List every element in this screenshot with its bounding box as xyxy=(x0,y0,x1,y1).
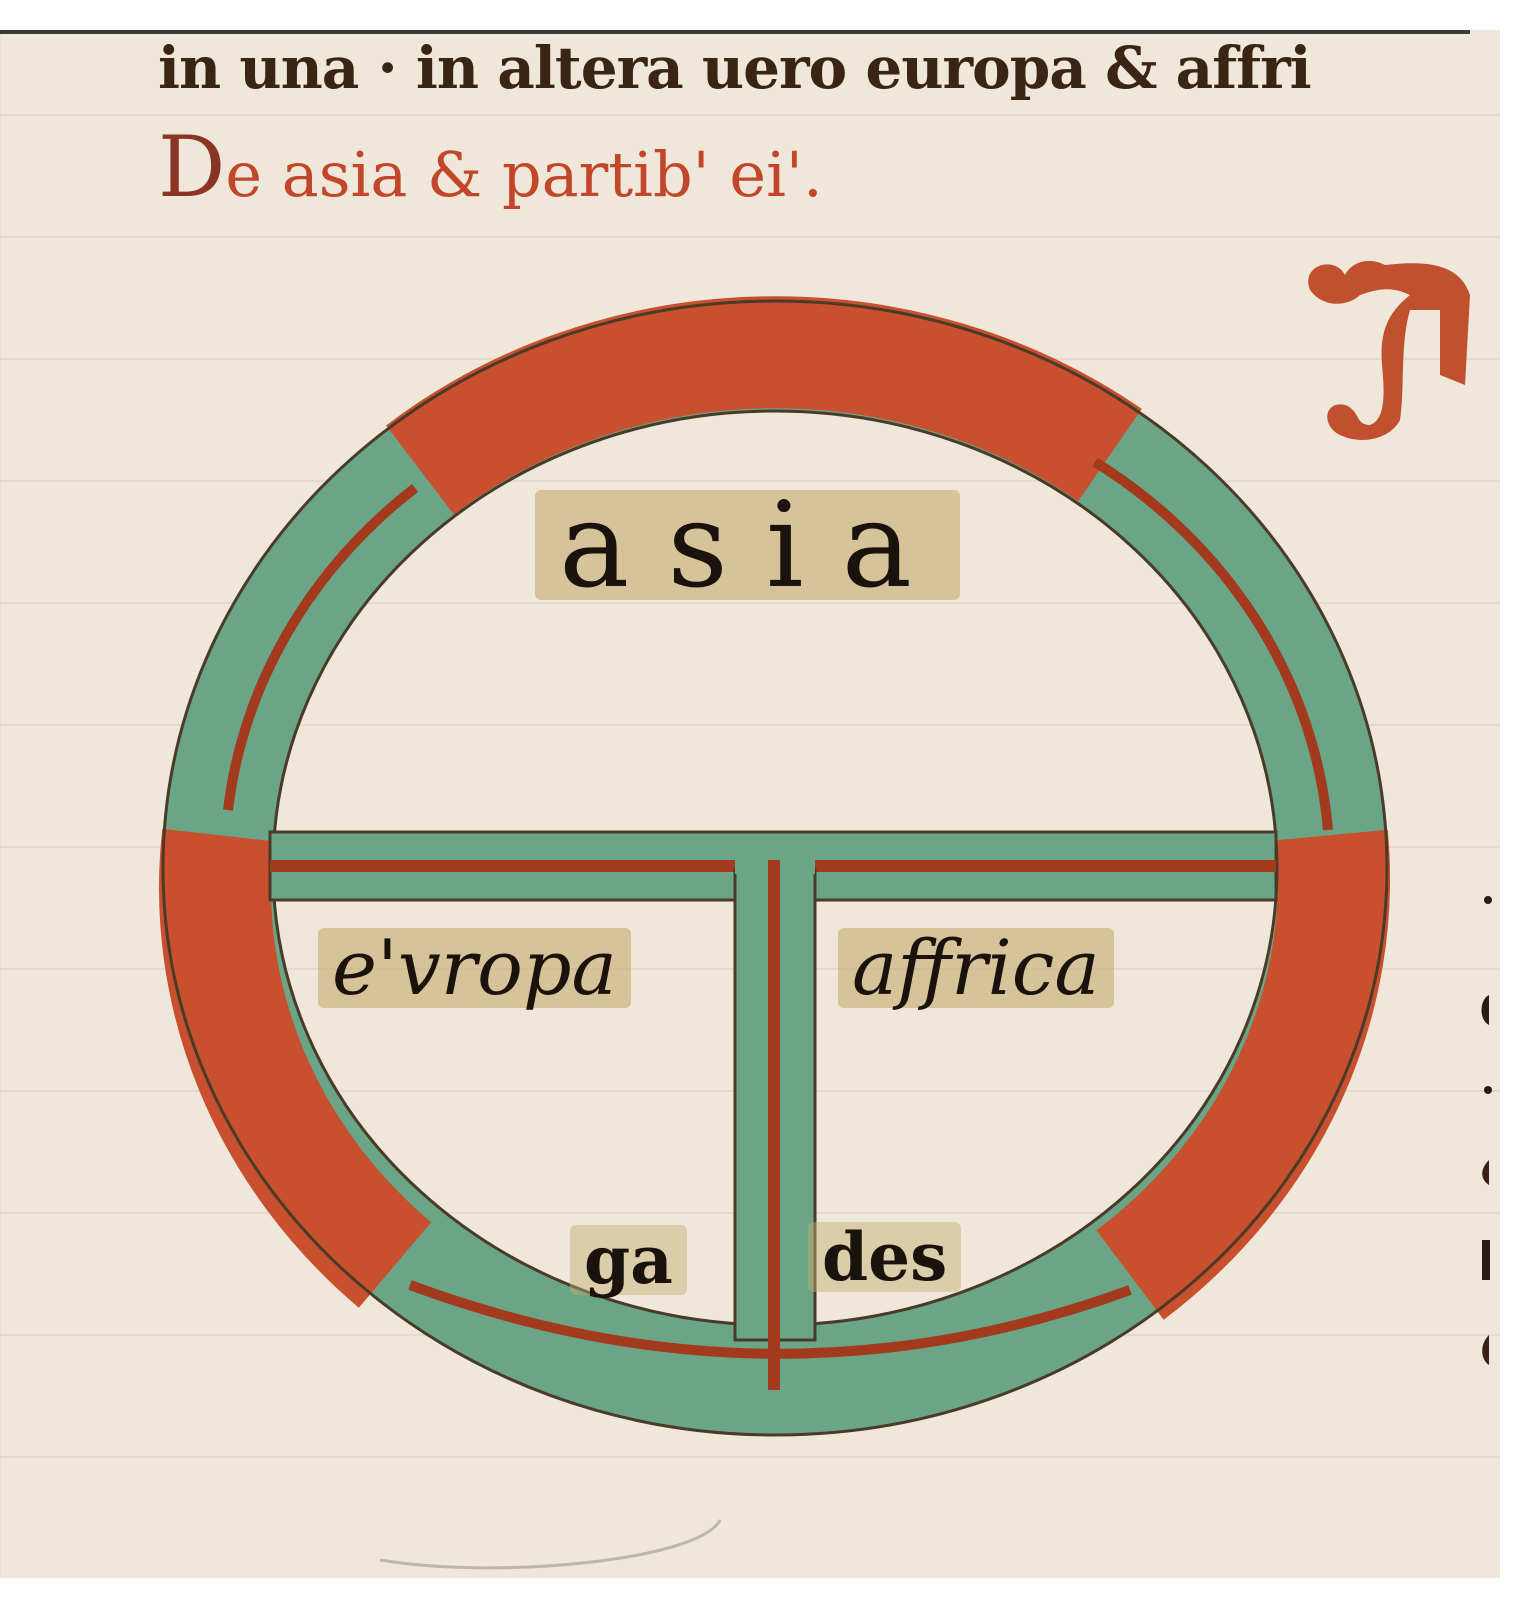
place-label-ga: ga xyxy=(570,1225,687,1295)
region-label-asia: asia xyxy=(535,490,960,600)
t-o-world-map xyxy=(0,0,1534,1600)
region-label-europa: e'vropa xyxy=(318,928,631,1008)
region-label-affrica: affrica xyxy=(838,928,1114,1008)
place-label-des: des xyxy=(808,1222,961,1292)
